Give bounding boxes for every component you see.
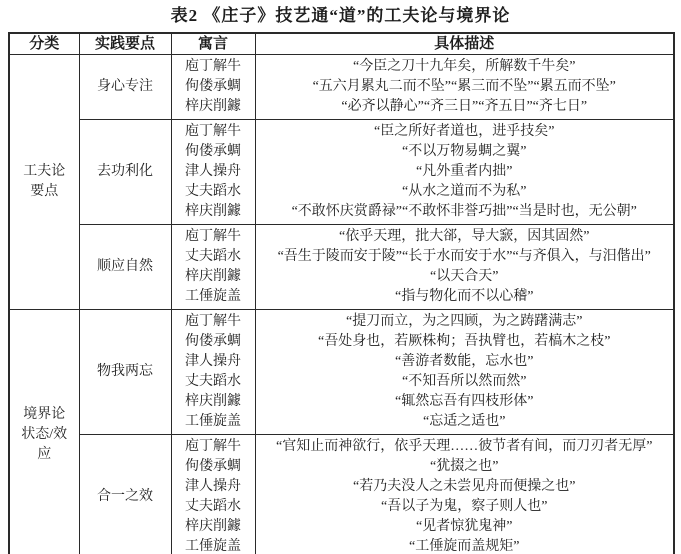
header-category: 分类 [9,33,79,55]
practice-point-cell: 去功利化 [79,120,171,225]
descriptions-cell: “提刀而立，为之四顾，为之踌躇满志” “吾处身也，若厥株枸；吾执臂也，若槁木之枝… [255,310,674,435]
category-jingjie-cell: 境界论 状态/效 应 [9,310,79,554]
paper-page: 表2 《庄子》技艺通“道”的工夫论与境界论 分类 实践要点 寓言 具体描述 工夫… [0,0,681,554]
table-row: 合一之效 庖丁解牛 佝偻承蜩 津人操舟 丈夫蹈水 梓庆削鐻 工倕旋盖 “官知止而… [9,435,674,554]
table-row: 境界论 状态/效 应 物我两忘 庖丁解牛 佝偻承蜩 津人操舟 丈夫蹈水 梓庆削鐻… [9,310,674,435]
header-description: 具体描述 [255,33,674,55]
fables-cell: 庖丁解牛 丈夫蹈水 梓庆削鐻 工倕旋盖 [171,225,255,310]
table-row: 顺应自然 庖丁解牛 丈夫蹈水 梓庆削鐻 工倕旋盖 “依乎天理，批大郤，导大窾，因… [9,225,674,310]
table-row: 工夫论 要点 身心专注 庖丁解牛 佝偻承蜩 梓庆削鐻 “今臣之刀十九年矣，所解数… [9,55,674,120]
descriptions-cell: “官知止而神欲行，依乎天理……彼节者有间，而刀刃者无厚” “犹掇之也” “若乃夫… [255,435,674,554]
descriptions-cell: “臣之所好者道也，进乎技矣” “不以万物易蜩之翼” “凡外重者内拙” “从水之道… [255,120,674,225]
practice-point-cell: 物我两忘 [79,310,171,435]
table-title: 表2 《庄子》技艺通“道”的工夫论与境界论 [0,5,681,27]
fables-cell: 庖丁解牛 佝偻承蜩 津人操舟 丈夫蹈水 梓庆削鐻 工倕旋盖 [171,310,255,435]
descriptions-cell: “今臣之刀十九年矣，所解数千牛矣” “五六月累丸二而不坠”“累三而不坠”“累五而… [255,55,674,120]
zhuangzi-craft-table: 分类 实践要点 寓言 具体描述 工夫论 要点 身心专注 庖丁解牛 佝偻承蜩 梓庆… [8,32,675,554]
practice-point-cell: 身心专注 [79,55,171,120]
header-fable: 寓言 [171,33,255,55]
table-header-row: 分类 实践要点 寓言 具体描述 [9,33,674,55]
practice-point-cell: 合一之效 [79,435,171,554]
fables-cell: 庖丁解牛 佝偻承蜩 津人操舟 丈夫蹈水 梓庆削鐻 [171,120,255,225]
fables-cell: 庖丁解牛 佝偻承蜩 津人操舟 丈夫蹈水 梓庆削鐻 工倕旋盖 [171,435,255,554]
category-gongfu-cell: 工夫论 要点 [9,55,79,310]
fables-cell: 庖丁解牛 佝偻承蜩 梓庆削鐻 [171,55,255,120]
practice-point-cell: 顺应自然 [79,225,171,310]
header-practice-point: 实践要点 [79,33,171,55]
table-row: 去功利化 庖丁解牛 佝偻承蜩 津人操舟 丈夫蹈水 梓庆削鐻 “臣之所好者道也，进… [9,120,674,225]
descriptions-cell: “依乎天理，批大郤，导大窾，因其固然” “吾生于陵而安于陵”“长于水而安于水”“… [255,225,674,310]
